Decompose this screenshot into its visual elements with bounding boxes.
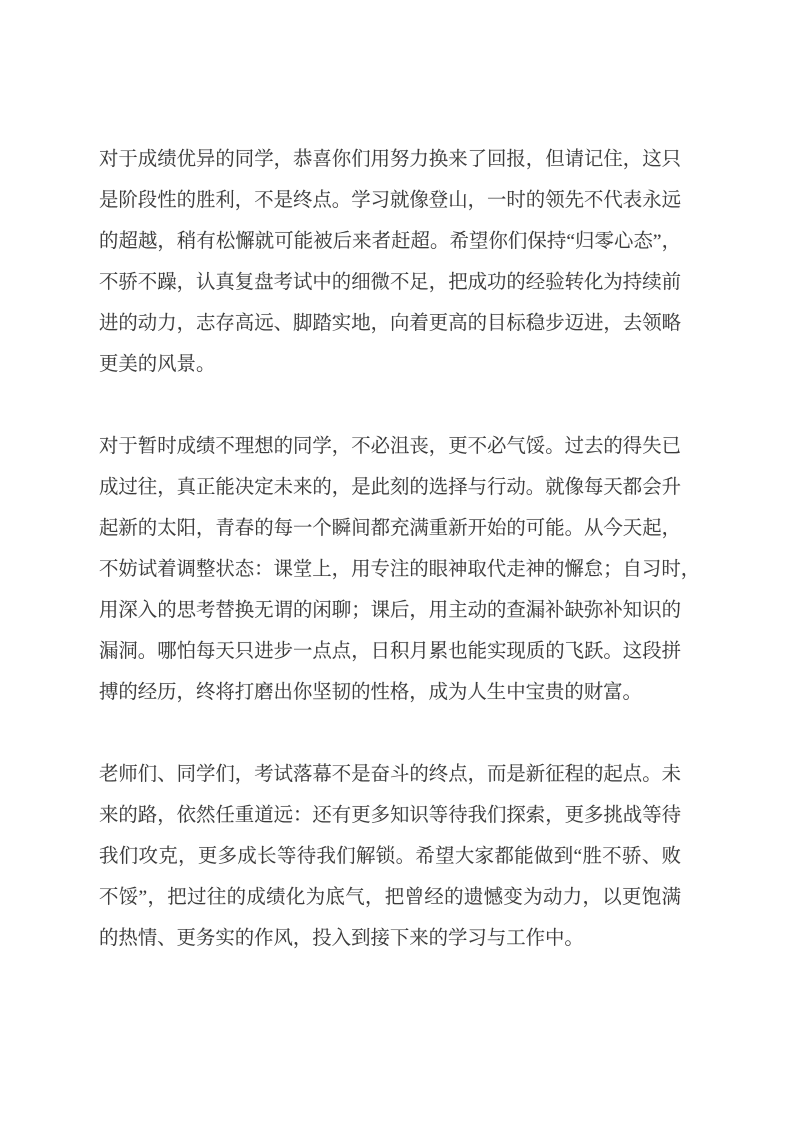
text-line: 不馁”，把过往的成绩化为底气，把曾经的遗憾变为动力，以更饱满: [99, 877, 681, 918]
speech-body: 对于成绩优异的同学，恭喜你们用努力换来了回报，但请记住，这只 是阶段性的胜利，不…: [99, 139, 681, 959]
text-line: 成过往，真正能决定未来的，是此刻的选择与行动。就像每天都会升: [99, 467, 681, 508]
text-line: 对于成绩优异的同学，恭喜你们用努力换来了回报，但请记住，这只: [99, 139, 681, 180]
paragraph-2: 对于暂时成绩不理想的同学，不必沮丧，更不必气馁。过去的得失已 成过往，真正能决定…: [99, 426, 681, 713]
text-line: 用深入的思考替换无谓的闲聊；课后，用主动的查漏补缺弥补知识的: [99, 590, 681, 631]
text-line: 漏洞。哪怕每天只进步一点点，日积月累也能实现质的飞跃。这段拼: [99, 631, 681, 672]
paragraph-3: 老师们、同学们，考试落幕不是奋斗的终点，而是新征程的起点。未 来的路，依然任重道…: [99, 754, 681, 959]
text-line: 我们攻克，更多成长等待我们解锁。希望大家都能做到“胜不骄、败: [99, 836, 681, 877]
text-line: 是阶段性的胜利，不是终点。学习就像登山，一时的领先不代表永远: [99, 180, 681, 221]
text-line: 来的路，依然任重道远：还有更多知识等待我们探索，更多挑战等待: [99, 795, 681, 836]
text-line: 不妨试着调整状态：课堂上，用专注的眼神取代走神的懈怠；自习时，: [99, 549, 681, 590]
document-page: 对于成绩优异的同学，恭喜你们用努力换来了回报，但请记住，这只 是阶段性的胜利，不…: [0, 0, 793, 1122]
text-line: 的热情、更务实的作风，投入到接下来的学习与工作中。: [99, 918, 681, 959]
text-line: 老师们、同学们，考试落幕不是奋斗的终点，而是新征程的起点。未: [99, 754, 681, 795]
text-line: 不骄不躁，认真复盘考试中的细微不足，把成功的经验转化为持续前: [99, 262, 681, 303]
paragraph-1: 对于成绩优异的同学，恭喜你们用努力换来了回报，但请记住，这只 是阶段性的胜利，不…: [99, 139, 681, 385]
text-line: 更美的风景。: [99, 344, 681, 385]
text-line: 的超越，稍有松懈就可能被后来者赶超。希望你们保持“归零心态”，: [99, 221, 681, 262]
text-line: 进的动力，志存高远、脚踏实地，向着更高的目标稳步迈进，去领略: [99, 303, 681, 344]
text-line: 起新的太阳，青春的每一个瞬间都充满重新开始的可能。从今天起，: [99, 508, 681, 549]
text-line: 搏的经历，终将打磨出你坚韧的性格，成为人生中宝贵的财富。: [99, 672, 681, 713]
text-line: 对于暂时成绩不理想的同学，不必沮丧，更不必气馁。过去的得失已: [99, 426, 681, 467]
